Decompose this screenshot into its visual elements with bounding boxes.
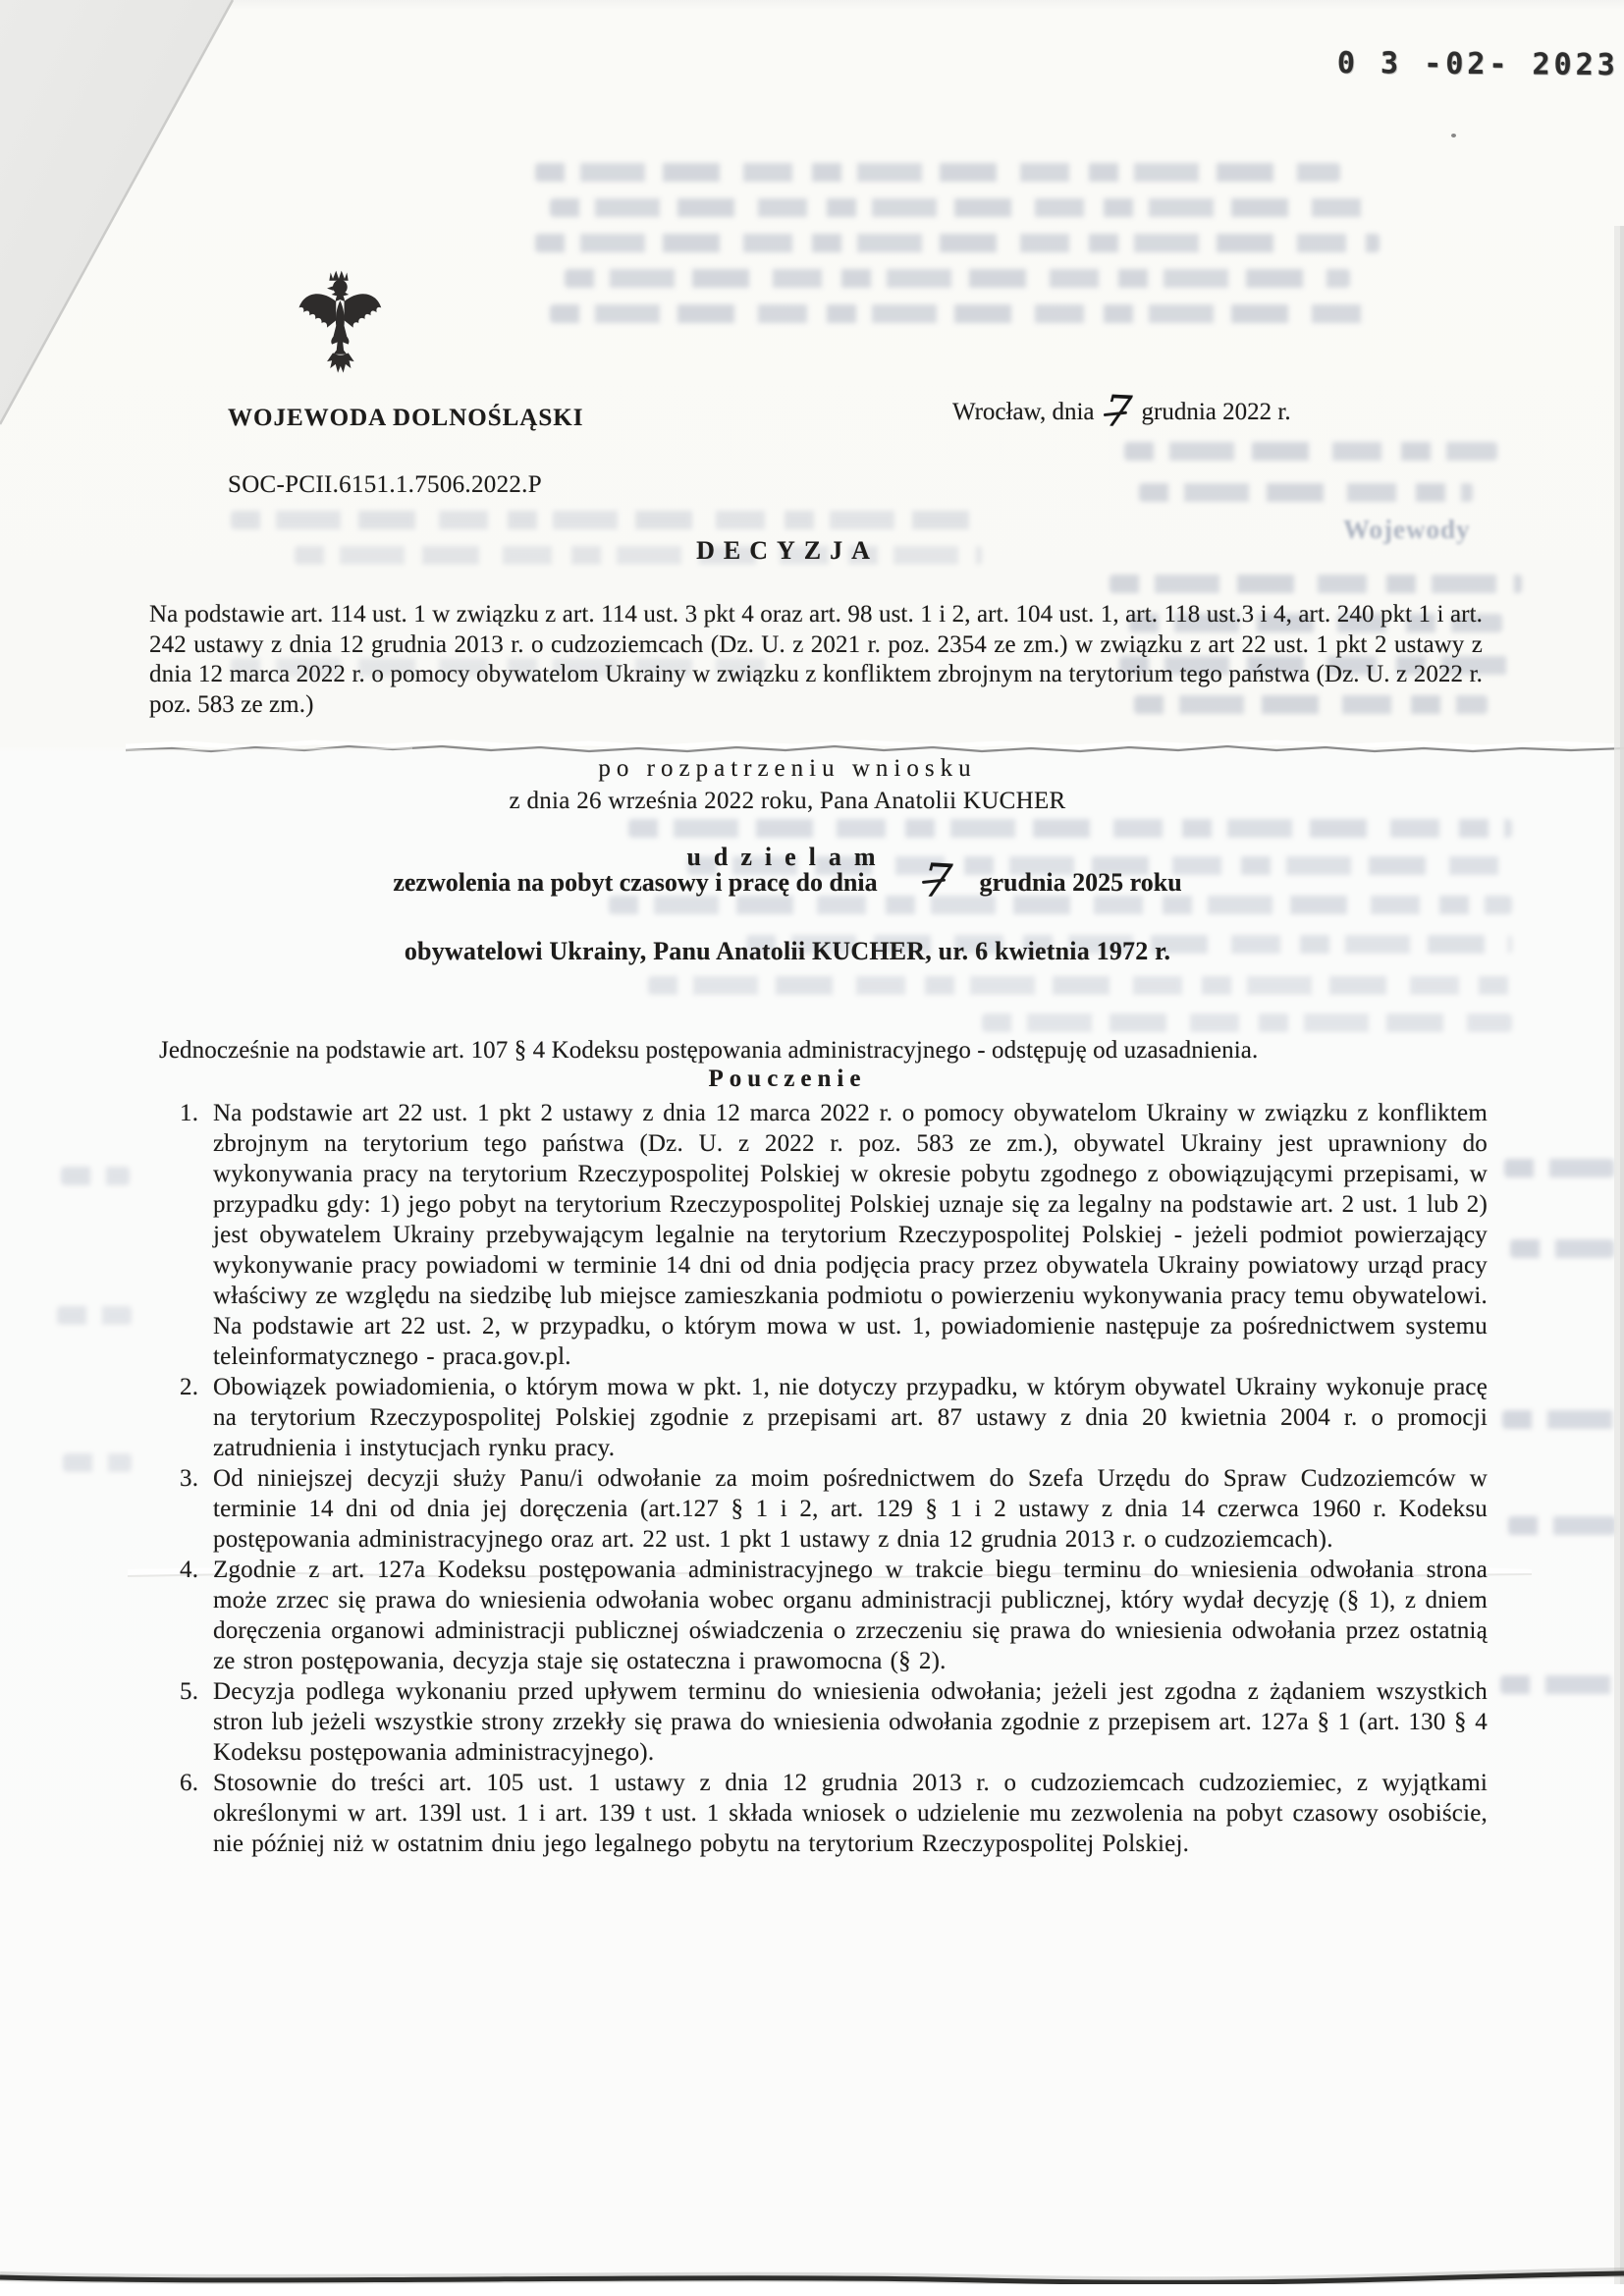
item-text: Zgodnie z art. 127a Kodeksu postępowania… [213,1555,1488,1676]
bleedthrough-ghost-line [1508,1516,1616,1535]
decision-title: DECYZJA [0,536,1575,566]
bleedthrough-ghost-line [535,234,1380,252]
application-line: z dnia 26 września 2022 roku, Pana Anato… [0,788,1575,815]
bleedthrough-ghost-line [982,1013,1512,1032]
item-number: 4. [180,1555,213,1585]
after-review-line: po rozpatrzeniu wniosku [0,755,1575,783]
legal-basis-paragraph: Na podstawie art. 114 ust. 1 w związku z… [149,600,1483,720]
item-text: Stosownie do treści art. 105 ust. 1 usta… [213,1768,1488,1859]
grant-line-suffix: grudnia 2025 roku [980,868,1182,898]
item-text: Od niniejszej decyzji służy Panu/i odwoł… [213,1463,1488,1555]
bleedthrough-ghost-line [61,1167,130,1185]
handwritten-day-2022: 7 [1103,390,1132,434]
eagle-icon [294,255,384,391]
instruction-item: 4. Zgodnie z art. 127a Kodeksu postępowa… [180,1555,1488,1676]
instruction-title: Pouczenie [0,1066,1575,1093]
bleedthrough-ghost-line [1139,483,1473,502]
page-fold-corner [0,0,236,428]
item-number: 6. [180,1768,213,1798]
instruction-item: 1. Na podstawie art 22 ust. 1 pkt 2 usta… [180,1098,1488,1372]
bleedthrough-ghost-line [1110,574,1522,593]
item-number: 3. [180,1463,213,1494]
grant-line-prefix: zezwolenia na pobyt czasowy i pracę do d… [393,868,877,898]
instruction-item: 5. Decyzja podlega wykonaniu przed upływ… [180,1676,1488,1768]
bleedthrough-ghost-line [1500,1675,1616,1694]
justification-waiver-line: Jednocześnie na podstawie art. 107 § 4 K… [159,1037,1504,1065]
bleedthrough-ghost-line [550,304,1365,323]
instruction-item: 6. Stosownie do treści art. 105 ust. 1 u… [180,1768,1488,1859]
item-number: 5. [180,1676,213,1707]
place-date-prefix: Wrocław, dnia [952,399,1095,426]
item-text: Obowiązek powiadomienia, o którym mowa w… [213,1372,1488,1463]
instruction-item: 2. Obowiązek powiadomienia, o którym mow… [180,1372,1488,1463]
item-text: Decyzja podlega wykonaniu przed upływem … [213,1676,1488,1768]
bleedthrough-ghost-line [57,1306,132,1325]
handwritten-day-2025: 7 [921,857,952,905]
place-date-suffix: grudnia 2022 r. [1142,399,1291,426]
bleedthrough-ghost-line [648,976,1512,995]
place-date-line: Wrocław, dnia 7 grudnia 2022 r. [952,399,1291,442]
bleedthrough-ghost-line [1504,1159,1614,1177]
instruction-item: 3. Od niniejszej decyzji służy Panu/i od… [180,1463,1488,1555]
bleedthrough-ghost-line [231,511,977,529]
bleedthrough-ghost-line [63,1453,132,1472]
bleedthrough-ghost-line [1124,442,1497,461]
beneficiary-line: obywatelowi Ukrainy, Panu Anatolii KUCHE… [0,937,1575,966]
bleedthrough-ghost-line [628,819,1512,838]
grant-line: zezwolenia na pobyt czasowy i pracę do d… [0,868,1575,914]
authority-name: WOJEWODA DOLNOŚLĄSKI [228,405,583,432]
bleedthrough-ghost-line [1510,1239,1614,1258]
item-text: Na podstawie art 22 ust. 1 pkt 2 ustawy … [213,1098,1488,1372]
bleedthrough-ghost-line [565,269,1350,288]
case-number: SOC-PCII.6151.1.7506.2022.P [228,471,542,499]
item-number: 1. [180,1098,213,1128]
bleedthrough-ghost-line [535,163,1340,182]
polish-eagle-emblem [294,255,384,391]
item-number: 2. [180,1372,213,1402]
stamp-ink-dot [1451,134,1456,137]
bleedthrough-ghost-line [1502,1410,1616,1429]
instruction-list: 1. Na podstawie art 22 ust. 1 pkt 2 usta… [180,1098,1488,1859]
received-date-stamp: 0 3 -02- 2023 [1337,46,1619,82]
bleedthrough-ghost-line [550,198,1375,217]
scanned-document-page: Wojewody 0 3 -02- 2023 [0,0,1624,2296]
